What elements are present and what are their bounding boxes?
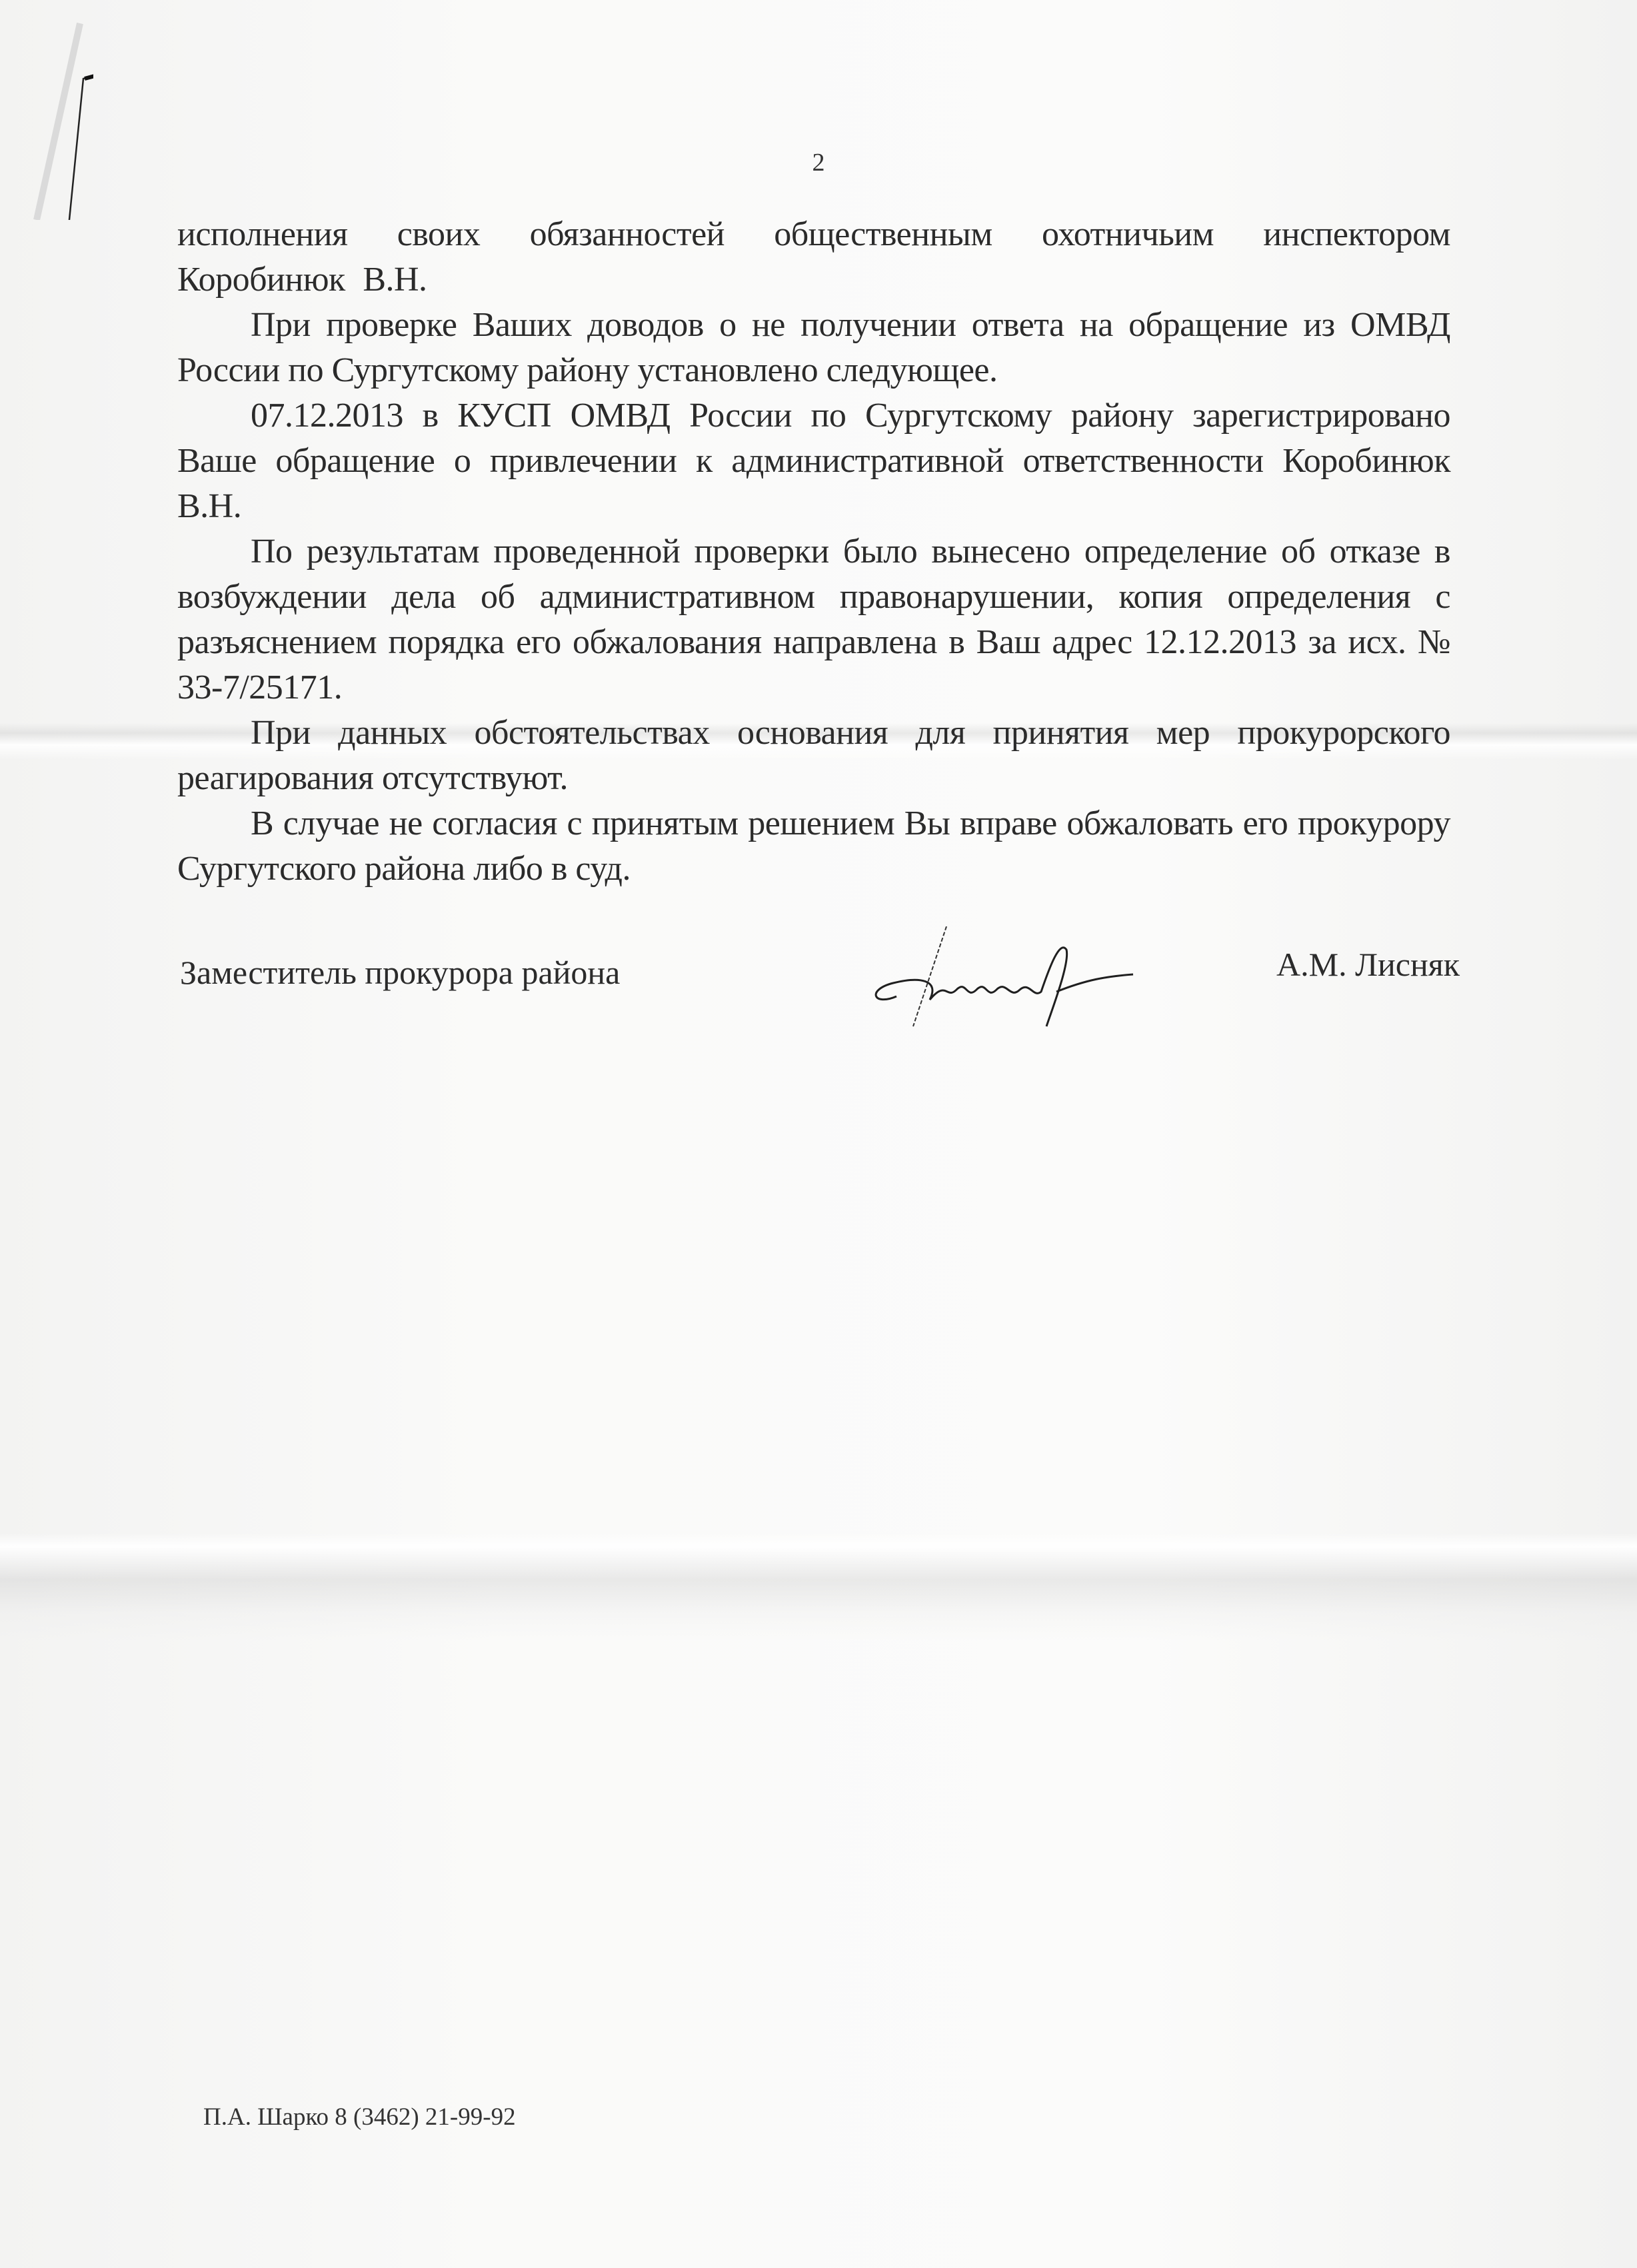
letter-body: исполнения своих обязанностей общественн… [177, 212, 1450, 892]
signer-title: Заместитель прокурора района [180, 953, 620, 992]
page-number: 2 [0, 148, 1637, 177]
signer-name: А.М. Лисняк [1276, 945, 1460, 984]
executor-contact: П.А. Шарко 8 (3462) 21-99-92 [203, 2103, 516, 2131]
paragraph-appeal-right: В случае не согласия с принятым решением… [177, 801, 1450, 892]
paragraph-continuation: исполнения своих обязанностей общественн… [177, 212, 1450, 303]
paragraph-registration: 07.12.2013 в КУСП ОМВД России по Сургутс… [177, 393, 1450, 529]
paragraph-check-result: При проверке Ваших доводов о не получени… [177, 303, 1450, 393]
handwritten-mark-icon [20, 20, 93, 220]
handwritten-signature-icon [866, 926, 1173, 1033]
signature-block: Заместитель прокурора района А.М. Лисняк [180, 933, 1460, 1013]
paragraph-no-grounds: При данных обстоятельствах основания для… [177, 710, 1450, 801]
paragraph-refusal-decision: По результатам проведенной проверки было… [177, 529, 1450, 710]
